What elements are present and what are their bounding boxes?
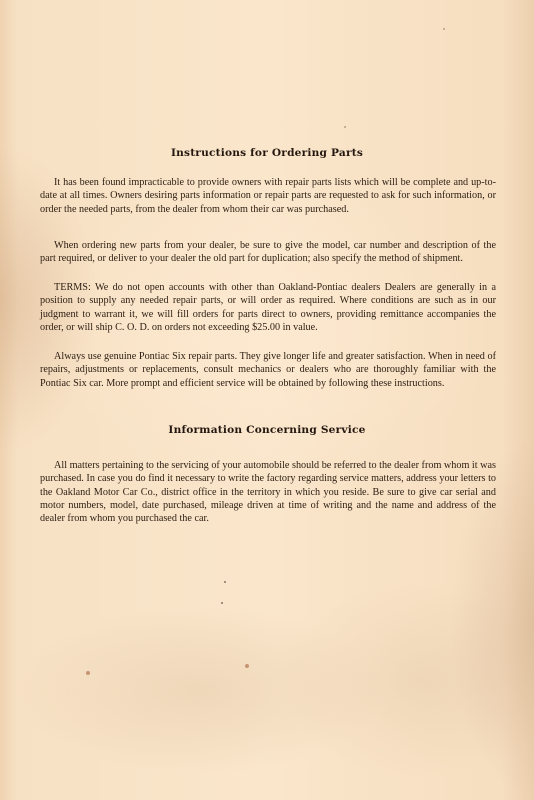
paragraph-service-matters: All matters pertaining to the servicing … [40, 459, 496, 525]
paper-blemish [86, 671, 90, 675]
paper-blemish [344, 126, 346, 128]
paper-blemish [221, 602, 223, 604]
paragraph-parts-lists: It has been found impracticable to provi… [40, 176, 496, 216]
paper-blemish [224, 581, 226, 583]
paragraph-terms: TERMS: We do not open accounts with othe… [40, 281, 496, 334]
paragraph-genuine-parts: Always use genuine Pontiac Six repair pa… [40, 350, 496, 390]
paragraph-ordering-new-parts: When ordering new parts from your dealer… [40, 239, 496, 265]
paper-blemish [245, 664, 249, 668]
section-heading-ordering-parts: Instructions for Ordering Parts [0, 147, 534, 159]
scanned-page [0, 0, 534, 800]
paper-blemish [443, 28, 445, 30]
section-heading-service: Information Concerning Service [0, 424, 534, 436]
